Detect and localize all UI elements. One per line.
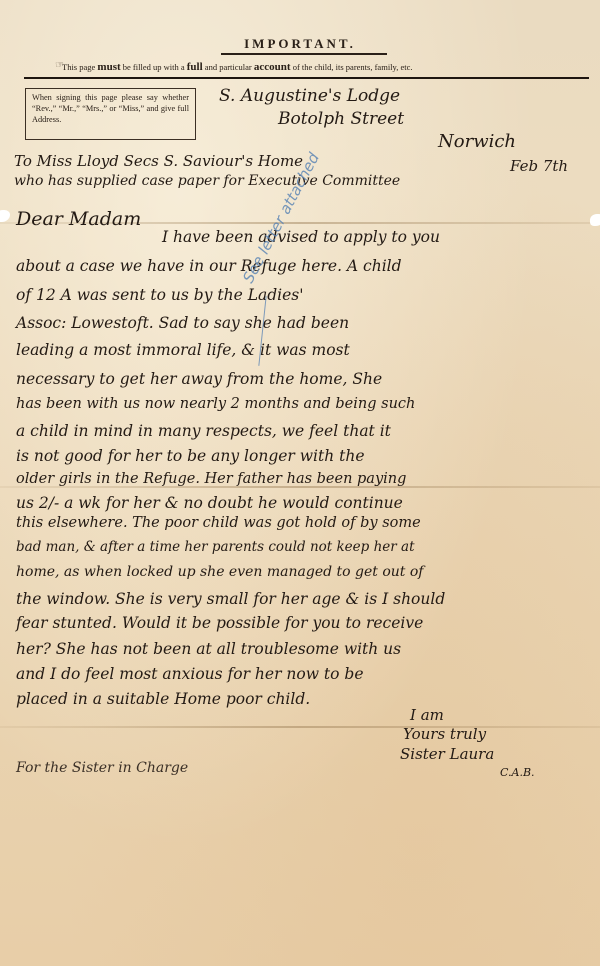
instruction-text: and particular [203, 62, 254, 72]
paper-tear [590, 214, 600, 226]
body-line: her? She has not been at all troublesome… [16, 640, 401, 658]
signing-note-box: When signing this page please say whethe… [25, 88, 196, 140]
body-line: the window. She is very small for her ag… [16, 590, 445, 608]
body-line: is not good for her to be any longer wit… [16, 447, 365, 465]
closing-line: I am [410, 706, 444, 724]
instruction-text: of the child, its parents, family, etc. [291, 62, 413, 72]
body-line: this elsewhere. The poor child was got h… [16, 515, 421, 531]
instruction-text: This page [62, 62, 97, 72]
body-line: a child in mind in many respects, we fee… [16, 422, 391, 440]
salutation: Dear Madam [16, 208, 141, 230]
body-line: bad man, & after a time her parents coul… [16, 539, 415, 555]
body-line: I have been advised to apply to you [162, 228, 440, 246]
paper-fold [0, 726, 600, 728]
recipient-line-2: who has supplied case paper for Executiv… [14, 173, 400, 189]
letter-page: IMPORTANT. ☞ This page must be filled up… [0, 0, 600, 966]
recipient-line-1: To Miss Lloyd Secs S. Saviour's Home [14, 152, 303, 170]
closing-valediction: Yours truly [403, 725, 486, 743]
body-line: us 2/- a wk for her & no doubt he would … [16, 494, 403, 512]
body-line: fear stunted. Would it be possible for y… [16, 614, 423, 632]
header-rule [24, 77, 589, 79]
body-line: placed in a suitable Home poor child. [16, 690, 310, 708]
paper-tear [0, 210, 10, 222]
form-title: IMPORTANT. [0, 36, 600, 52]
letter-date: Feb 7th [510, 157, 568, 175]
body-line: and I do feel most anxious for her now t… [16, 665, 364, 683]
footer-note: For the Sister in Charge [16, 760, 188, 776]
instruction-text: be filled up with a [121, 62, 187, 72]
signature-initials: C.A.B. [500, 766, 535, 779]
title-underline [221, 53, 387, 55]
body-line: leading a most immoral life, & it was mo… [16, 341, 350, 359]
body-line: necessary to get her away from the home,… [16, 370, 382, 388]
body-line: about a case we have in our Refuge here.… [16, 257, 402, 275]
form-instruction: This page must be filled up with a full … [62, 61, 600, 73]
instruction-emphasis-account: account [254, 61, 291, 73]
body-line: of 12 A was sent to us by the Ladies' [16, 286, 304, 304]
address-line-1: S. Augustine's Lodge [219, 86, 400, 106]
body-line: has been with us now nearly 2 months and… [16, 396, 415, 412]
signature: Sister Laura [400, 745, 494, 763]
address-line-2: Botolph Street [278, 109, 404, 129]
body-line: older girls in the Refuge. Her father ha… [16, 471, 406, 487]
instruction-emphasis-full: full [187, 61, 203, 73]
instruction-emphasis-must: must [97, 61, 120, 73]
address-line-3: Norwich [438, 131, 516, 152]
body-line: home, as when locked up she even managed… [16, 564, 423, 580]
body-line: Assoc: Lowestoft. Sad to say she had bee… [16, 314, 349, 332]
